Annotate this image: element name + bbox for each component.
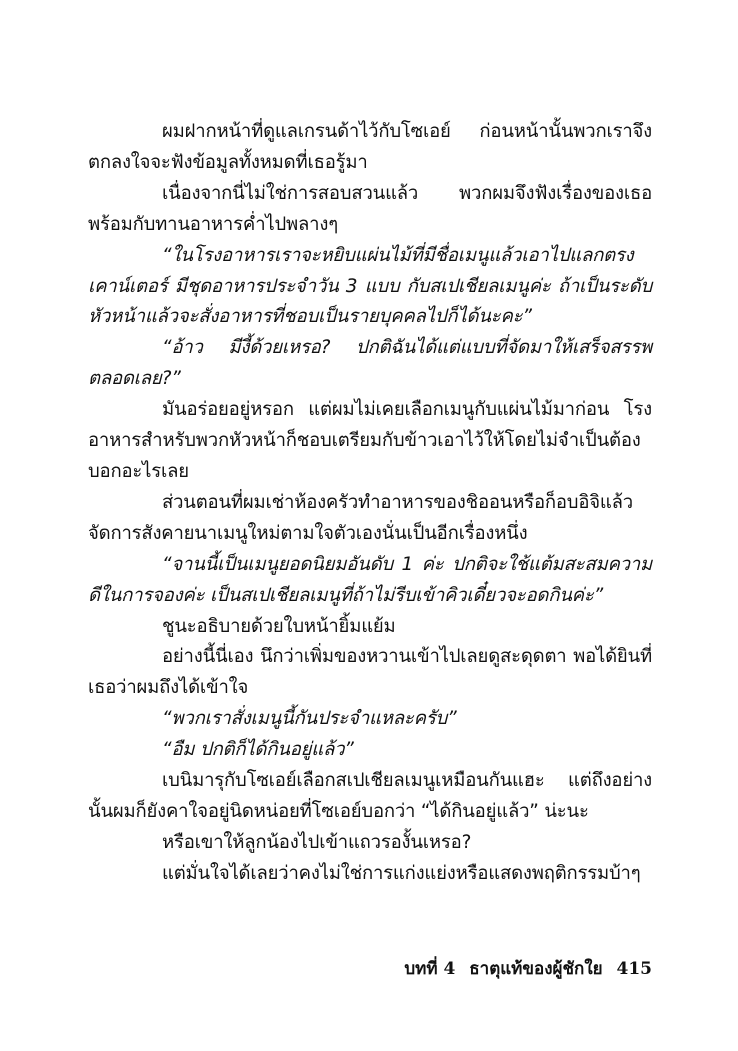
chapter-title: ธาตุแท้ของผู้ชักใย — [469, 959, 602, 979]
page-body: ผมฝากหน้าที่ดูแลเกรนด้าไว้กับโซเอย์ ก่อน… — [88, 117, 652, 890]
paragraph: มันอร่อยอยู่หรอก แต่ผมไม่เคยเลือกเมนูกับ… — [88, 395, 652, 488]
dialogue-paragraph: “อ้าว มีงี้ด้วยเหรอ? ปกติฉันได้แต่แบบที่… — [88, 333, 652, 395]
dialogue-paragraph: “ในโรงอาหารเราจะหยิบแผ่นไม้ที่มีชื่อเมนู… — [88, 241, 652, 334]
dialogue-paragraph: “จานนี้เป็นเมนูยอดนิยมอันดับ 1 ค่ะ ปกติจ… — [88, 550, 652, 612]
dialogue-paragraph: “พวกเราสั่งเมนูนี้กันประจำแหละครับ” — [88, 704, 652, 735]
page-number: 415 — [617, 959, 653, 979]
chapter-label: บทที่ 4 — [404, 959, 455, 979]
dialogue-paragraph: “อืม ปกติก็ได้กินอยู่แล้ว” — [88, 735, 652, 766]
paragraph: แต่มั่นใจได้เลยว่าคงไม่ใช่การแก่งแย่งหรื… — [88, 859, 652, 890]
page-footer: บทที่ 4 ธาตุแท้ของผู้ชักใย 415 — [88, 956, 652, 982]
paragraph: หรือเขาให้ลูกน้องไปเข้าแถวรองั้นเหรอ? — [88, 828, 652, 859]
paragraph: เนื่องจากนี่ไม่ใช่การสอบสวนแล้ว พวกผมจึง… — [88, 179, 652, 241]
paragraph: ชูนะอธิบายด้วยใบหน้ายิ้มแย้ม — [88, 612, 652, 643]
paragraph: ผมฝากหน้าที่ดูแลเกรนด้าไว้กับโซเอย์ ก่อน… — [88, 117, 652, 179]
paragraph: อย่างนี้นี่เอง นึกว่าเพิ่มของหวานเข้าไปเ… — [88, 642, 652, 704]
paragraph: เบนิมารุกับโซเอย์เลือกสเปเชียลเมนูเหมือน… — [88, 766, 652, 828]
paragraph: ส่วนตอนที่ผมเช่าห้องครัวทำอาหารของชิออนห… — [88, 488, 652, 550]
